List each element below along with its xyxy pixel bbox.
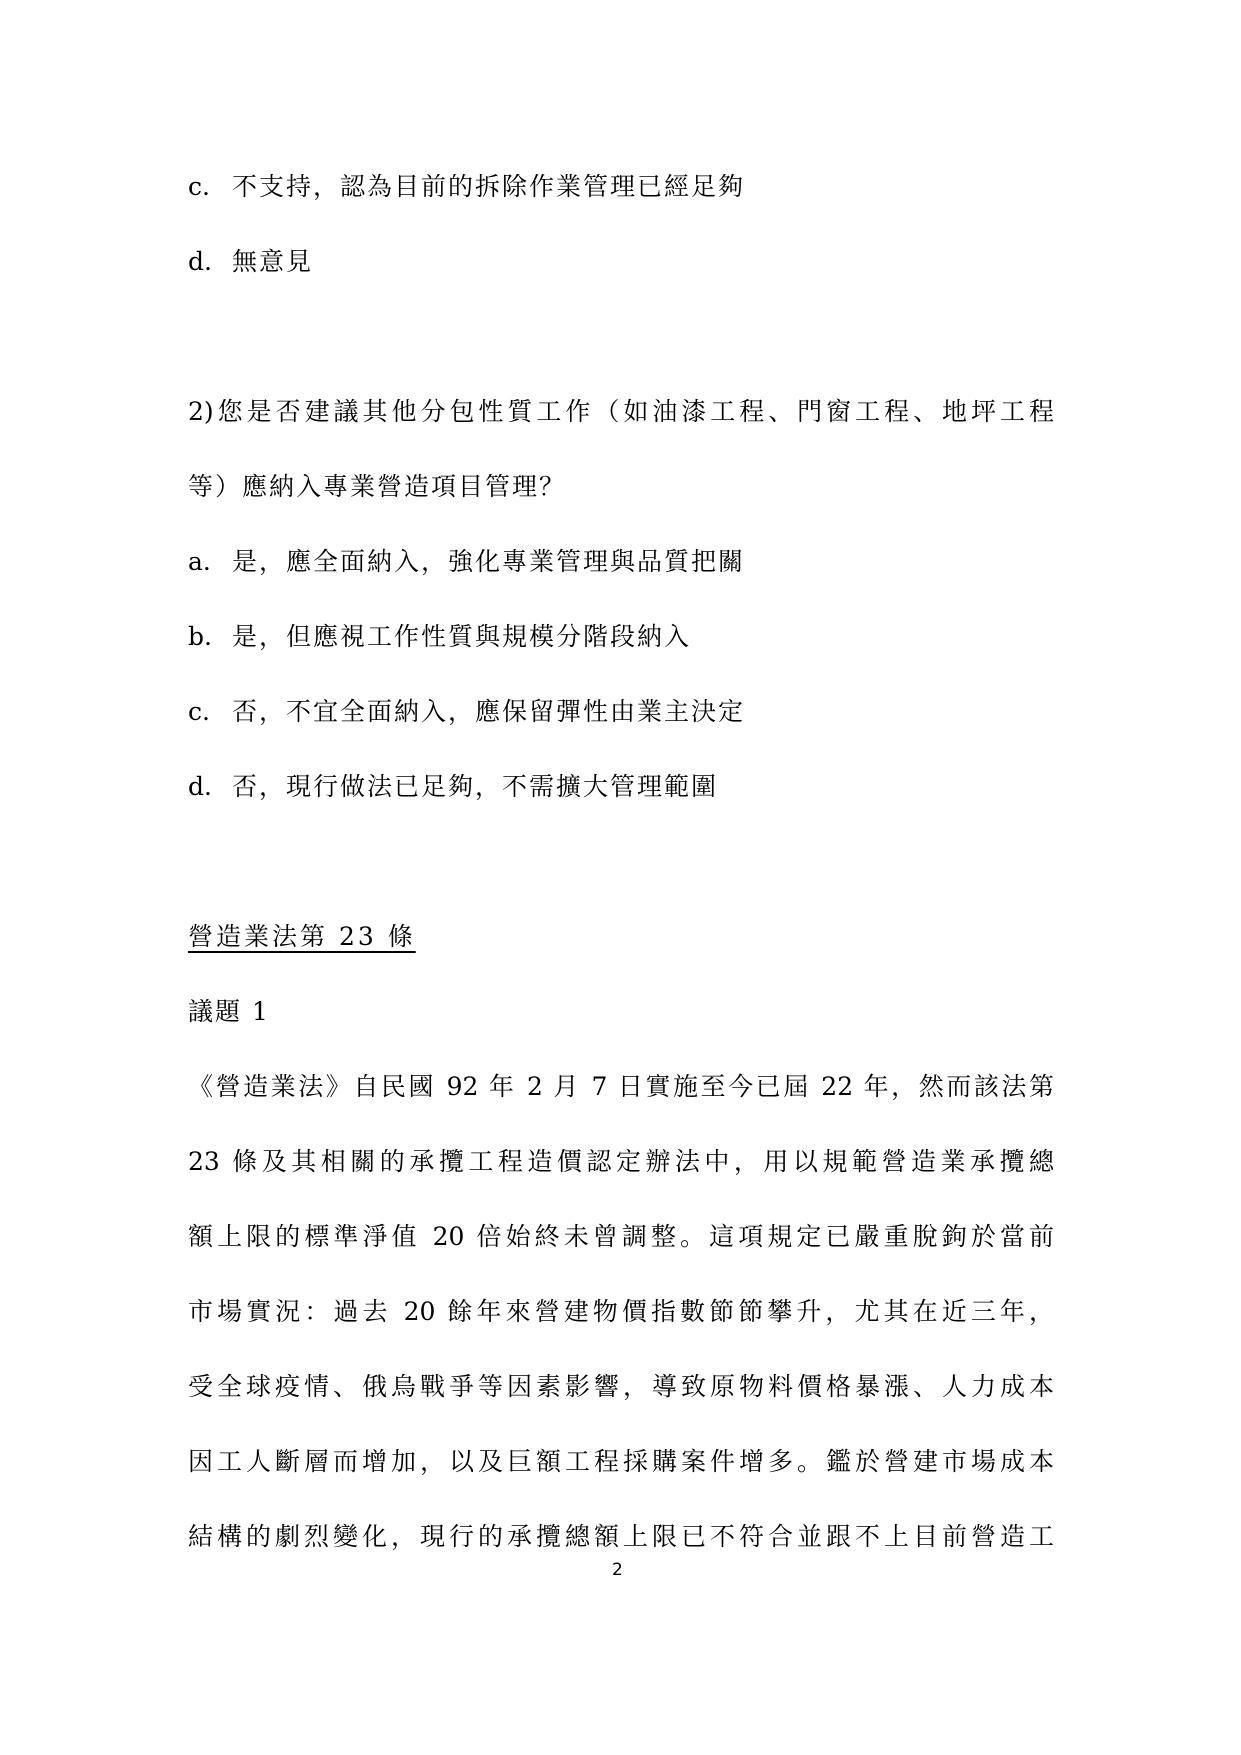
page-number: 2 [612, 1560, 623, 1580]
option-letter: d. [188, 772, 232, 802]
option-letter: c. [188, 697, 232, 727]
paragraph-line: 額上限的標準淨值 20 倍始終未曾調整。這項規定已嚴重脫鉤於當前 [188, 1222, 1054, 1252]
section-heading: 營造業法第 23 條 [188, 922, 416, 952]
option-text: 是，應全面納入，強化專業管理與品質把關 [232, 547, 745, 576]
question-2-line-1: 2)您是否建議其他分包性質工作（如油漆工程、門窗工程、地坪工程 [188, 397, 1054, 427]
paragraph-line: 因工人斷層而增加，以及巨額工程採購案件增多。鑑於營建市場成本 [188, 1447, 1054, 1477]
option-a: a.是，應全面納入，強化專業管理與品質把關 [188, 547, 745, 577]
option-text: 否，不宜全面納入，應保留彈性由業主決定 [232, 697, 745, 726]
option-text: 不支持，認為目前的拆除作業管理已經足夠 [232, 172, 745, 201]
section-subheading: 議題 1 [188, 997, 270, 1027]
option-text: 否，現行做法已足夠，不需擴大管理範圍 [232, 772, 718, 801]
paragraph-line: 受全球疫情、俄烏戰爭等因素影響，導致原物料價格暴漲、人力成本 [188, 1372, 1054, 1402]
option-b: b.是，但應視工作性質與規模分階段納入 [188, 622, 691, 652]
option-letter: b. [188, 622, 232, 652]
option-c: c.否，不宜全面納入，應保留彈性由業主決定 [188, 697, 745, 727]
option-c-prev: c.不支持，認為目前的拆除作業管理已經足夠 [188, 172, 745, 202]
option-text: 無意見 [232, 247, 313, 276]
paragraph-line: 結構的劇烈變化，現行的承攬總額上限已不符合並跟不上目前營造工 [188, 1522, 1054, 1552]
option-letter: d. [188, 247, 232, 277]
option-letter: c. [188, 172, 232, 202]
option-text: 是，但應視工作性質與規模分階段納入 [232, 622, 691, 651]
paragraph-line: 市場實況：過去 20 餘年來營建物價指數節節攀升，尤其在近三年， [188, 1297, 1054, 1327]
paragraph-line: 《營造業法》自民國 92 年 2 月 7 日實施至今已屆 22 年，然而該法第 [188, 1072, 1054, 1102]
option-d-prev: d.無意見 [188, 247, 313, 277]
document-page: c.不支持，認為目前的拆除作業管理已經足夠 d.無意見 2)您是否建議其他分包性… [0, 0, 1241, 1755]
option-letter: a. [188, 547, 232, 577]
option-d: d.否，現行做法已足夠，不需擴大管理範圍 [188, 772, 718, 802]
question-2-line-2: 等）應納入專業營造項目管理？ [188, 472, 566, 502]
paragraph-line: 23 條及其相關的承攬工程造價認定辦法中，用以規範營造業承攬總 [188, 1147, 1054, 1177]
